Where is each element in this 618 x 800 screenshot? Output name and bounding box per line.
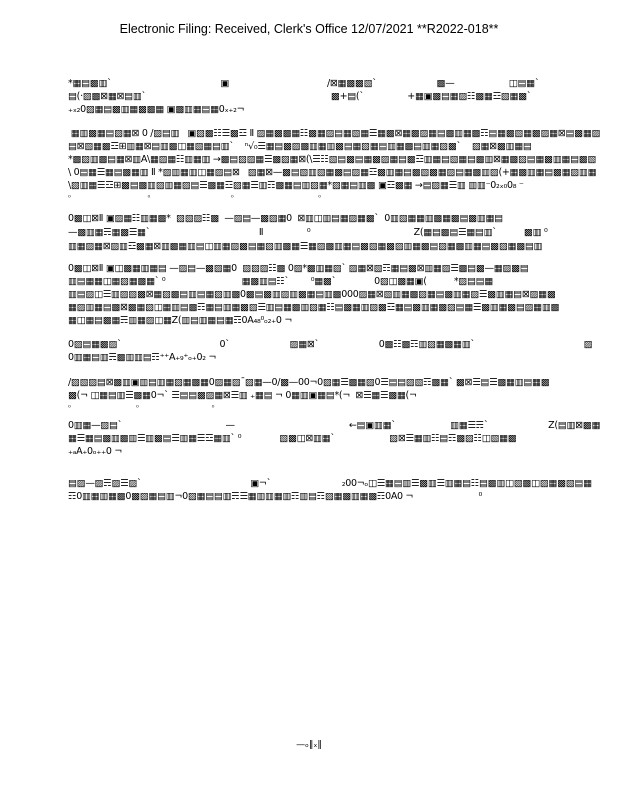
text-line: /▨▧▨▤⊠▩▥▣▥▤▥▦▨▦▩▦0▨▦▨¯▨▦—0/▩—00¬0▨▦☰▩▦▨0… — [68, 376, 618, 389]
paragraph-1: ▦▥▩▦▤▨▦⊠ 0 /▨▤▥ ▣▨▩☷☰▩☲ Ⅱ ▨▦▩▩▦☷▩▦▨▤▦▧▦☰… — [68, 127, 618, 205]
footnote-marks: ⁰ ⁰ ⁰ ⁰ — [68, 192, 618, 205]
text-line: ▥▤▦▦◫▦▨▦▩▦` ⁰ ▦▩▥▤☷` ⁰▦▩` 0▨◫▩▦▣( *▨▤▤▦ — [68, 275, 618, 288]
text-line: ▤⊠▧▦▩☲⊞▥▦⊠▤▥▩◫▦▧▦▤▥` ⁿ√₀☰▦▤▩▨▩▥▦▥▩▤▦▧▦▤▥… — [68, 140, 618, 153]
text-line: 0▩◫⊠Ⅱ ▣◫▩▦▥▦▤ —▨▤—▩▨▦0 ▨▧▨☷▩ 0▨*▩▥▦▨` ▨▦… — [68, 262, 618, 275]
text-line: 0▥▦—▨▤` — ←▤▣▥▦` ▥▦☰☴` Z(▤▥⊠▩▦ — [68, 419, 618, 432]
electronic-filing-stamp: Electronic Filing: Received, Clerk's Off… — [0, 22, 618, 36]
text-line: ▩(¬ ◫▦▤▥☰▩▦0¬` ☰▤▤▩▨▦⊠☰▥ ₊▦▤ ¬ 0▦▥▣▦▤*(¬… — [68, 389, 618, 402]
text-line: \▧▥▦☰☲⊞▩▤▩▥▨▥▦▨▤☰▩▦☲▨▦☰▥☶▩▦▤▥▨▦*▨▦▤▥▩ ▣☲… — [68, 179, 618, 192]
text-line: ₊ₐA₊0ₒ₊₊0 ¬ — [68, 445, 618, 458]
paragraph-2: 0▩◫⊠Ⅱ ▣▨▦☷▥▦▩* ▨▧▨☷▩ —▨▤—▩▨▦0 ⊠▥◫▥▤▦▨▦▩`… — [68, 212, 618, 254]
paragraph-7: ▤▨—▨☴▨☰▨` ▣¬` ₂00¬ₒ◫☰▦▤▥☰▩▥☰▥▦▤☷▤▩▥◫▧▩◫▨… — [68, 477, 618, 503]
text-line: ▦◫▦▤▩▦☴▥▦▨◫▦Z(▥▤▥▦▤▦☶0A₄₈⁰ₒ₂₊0 ¬ — [68, 314, 618, 327]
text-line: *▦▤▩▥` ▣ /⊠▦▩▩▧` ▩— ◫▤▦` — [68, 77, 618, 90]
text-line: ☶0▥▦▥▦▩0▩▨▦▤▥¬0▨▦▤▤▥☴☰▦▥▥▦▥☶▥▤☶▨▦▩▥▦▩☶0A… — [68, 490, 618, 503]
text-line: —▩▥▦☴▦▩☰▦` Ⅱ ⁰ Z(▦▤▩▤☰▦▤▥` ▩▥ ⁰ — [68, 226, 618, 240]
footnote-marks: ⁰ ⁰ ⁰ — [68, 402, 618, 415]
text-line: ▥▦▨▦⊠▨▥☲▩▦⊠▥▩▦▥▤◫▥▦▨▩▤▦▨▥▩▦☰▦▨▩▥▦▤▩▧▦▩▨▥… — [68, 240, 618, 254]
text-line: 0▨▤▦▩▨` 0` ▨▦⊠` 0▩☷▩☶▥▨▦▩▦▥` ▨ — [68, 338, 618, 351]
text-line: 0▩◫⊠Ⅱ ▣▨▦☷▥▦▩* ▨▧▨☷▩ —▨▤—▩▨▦0 ⊠▥◫▥▤▦▨▦▩`… — [68, 212, 618, 226]
caption-block: *▦▤▩▥` ▣ /⊠▦▩▩▧` ▩— ◫▤▦` ▤(·▨▩⊠▦⊠▤▥` — [68, 77, 618, 116]
text-line: ▥▤▨◫☰▥▨▧▩⊠▦▨▩▤▥▤▦▨▥▩0▩▤▩▥▨▥▩▦▤▥▩000▨▦⊠▧▥… — [68, 288, 618, 301]
paragraph-4: 0▨▤▦▩▨` 0` ▨▦⊠` 0▩☷▩☶▥▨▦▩▦▥` ▨ 0▥▦▤▥☴▩▥▥… — [68, 338, 618, 364]
document-page: Electronic Filing: Received, Clerk's Off… — [0, 0, 618, 800]
text-line: ▦▥▩▦▤▨▦⊠ 0 /▨▤▥ ▣▨▩☷☰▩☲ Ⅱ ▨▦▩▩▦☷▩▦▨▤▦▧▦☰… — [68, 127, 618, 140]
text-line: ▤(·▨▩⊠▦⊠▤▥` ▩+▤(` +▦▣▩▤▦▨☷▩▦☲▧▦▩` — [68, 90, 618, 103]
paragraph-3: 0▩◫⊠Ⅱ ▣◫▩▦▥▦▤ —▨▤—▩▨▦0 ▨▧▨☷▩ 0▨*▩▥▦▨` ▨▦… — [68, 262, 618, 327]
text-line: ▦☰▦▤▩▥▩▥☰▥▩▤☰▥▦☰☲▦▥` ⁰ ▧▩◫⊠▥▦` ▨⊠☰▦▥☷▤☶▩… — [68, 432, 618, 445]
text-line: ▦▨▥▦▤▩⊠▩▦▨◫▦▥▤▩☶▦▤▥▦▩▨☰▥▤▦▩▥▨▦☷▤▩▦▥▨▩☲▦▤… — [68, 301, 618, 314]
text-line: ₊ₓ₂0▨▦▤▩▥▦▩▩▦ ▣▩▥▦▤▦0ₓ₊₂¬ — [68, 103, 618, 116]
text-line: *▩▨▥▩▤▦⊠▥A\▦▨▦☷▥▦▥ →▩▤▨▨▦☰▩▨▦⊠(\☰☷▧▤▩▤▦▩… — [68, 153, 618, 166]
page-number: —ₒ‖ₓ‖ — [0, 740, 618, 750]
paragraph-6: 0▥▦—▨▤` — ←▤▣▥▦` ▥▦☰☴` Z(▤▥⊠▩▦ ▦☰▦▤▩▥▩▥☰… — [68, 419, 618, 458]
paragraph-5: /▨▧▨▤⊠▩▥▣▥▤▥▦▨▦▩▦0▨▦▨¯▨▦—0/▩—00¬0▨▦☰▩▦▨0… — [68, 376, 618, 415]
text-line: 0▥▦▤▥☴▩▥▥▤☶⁺⁺A₊₉⁺ₒ₊0₂ ¬ — [68, 351, 618, 364]
text-line: ▤▨—▨☴▨☰▨` ▣¬` ₂00¬ₒ◫☰▦▤▥☰▩▥☰▥▦▤☷▤▩▥◫▧▩◫▨… — [68, 477, 618, 490]
text-line: \ 0▤▦☰▦▤▩▦▥ Ⅱ *▨▥▦▥◫▦▨▤⊠ ▨▦⊠—▩▤▧▥▧▦▩▤▨▦☲… — [68, 166, 618, 179]
